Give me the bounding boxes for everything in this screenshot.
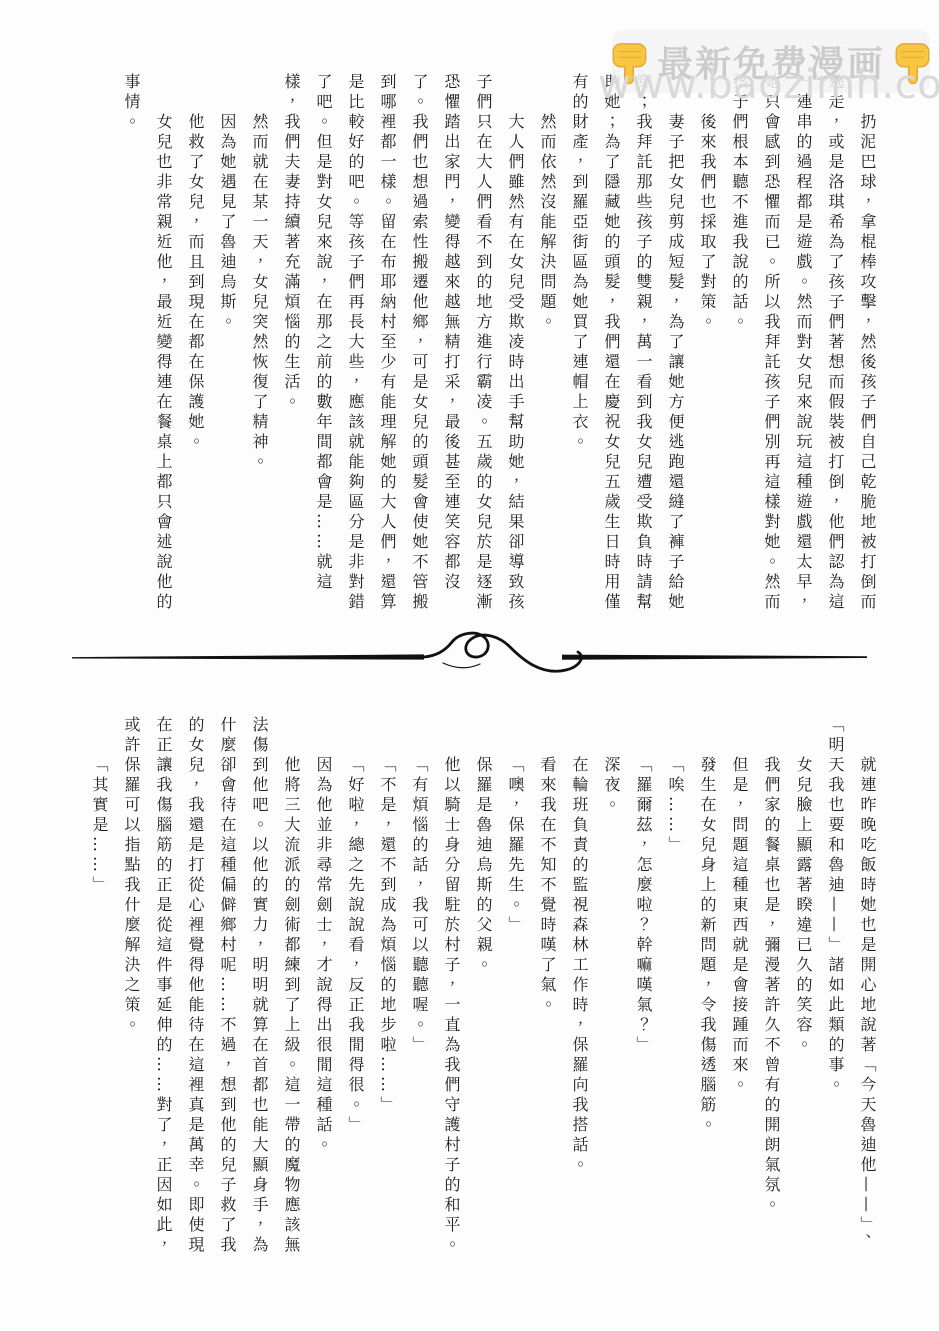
paragraph: 「羅爾茲，怎麼啦？幹嘛嘆氣？」: [627, 716, 659, 1257]
paragraph: 但是，問題這種東西就是會接踵而來。: [723, 716, 755, 1257]
paragraph: 扔泥巴球，拿棍棒攻擊，然後孩子們自己乾脆地被打倒而逃走，或是洛琪希為了孩子們著想…: [723, 73, 883, 614]
paragraph: 大人們雖然有在女兒受欺凌時出手幫助她，結果卻導致孩子們只在大人們看不到的地方進行…: [275, 73, 531, 614]
divider-swirl-icon: [72, 629, 868, 683]
paragraph: 他救了女兒，而且到現在都在保護她。: [179, 73, 211, 614]
paragraph: 然而就在某一天，女兒突然恢復了精神。: [243, 73, 275, 614]
paragraph: 發生在女兒身上的新問題，令我傷透腦筋。: [691, 716, 723, 1257]
watermark-url: www.baozimh.com: [598, 62, 939, 108]
section-divider-ornament: [72, 629, 868, 683]
paragraph: 「不是，還不到成為煩惱的地步啦……」: [371, 716, 403, 1257]
paragraph: 「其實是……」: [83, 716, 115, 1257]
paragraph: 然而依然沒能解決問題。: [531, 73, 563, 614]
paragraph: 女兒臉上顯露著睽違已久的笑容。: [787, 716, 819, 1257]
paragraph: 後來我們也採取了對策。: [691, 73, 723, 614]
paragraph: 因為她遇見了魯迪烏斯。: [211, 73, 243, 614]
novel-reader-page: { "page": { "background_color": "#fdfdfd…: [0, 0, 939, 1331]
paragraph: 女兒也非常親近他，最近變得連在餐桌上都只會述說他的事情。: [115, 73, 179, 614]
paragraph: 因為他並非尋常劍士，才說得出很閒這種話。: [307, 716, 339, 1257]
paragraph: 他將三大流派的劍術都練到了上級。這一帶的魔物應該無法傷到他吧。以他的實力，明明就…: [115, 716, 307, 1257]
novel-text-upper-block: 扔泥巴球，拿棍棒攻擊，然後孩子們自己乾脆地被打倒而逃走，或是洛琪希為了孩子們著想…: [58, 73, 883, 614]
paragraph: 「噢，保羅先生。」: [499, 716, 531, 1257]
paragraph: 「好啦，總之先說說看，反正我閒得很。」: [339, 716, 371, 1257]
paragraph: 深夜。: [595, 716, 627, 1257]
novel-text-lower-block: 就連昨晚吃飯時她也是開心地說著「今天魯迪他——」、「明天我也要和魯迪——」諸如此…: [58, 716, 883, 1257]
paragraph: 就連昨晚吃飯時她也是開心地說著「今天魯迪他——」、「明天我也要和魯迪——」諸如此…: [819, 716, 883, 1257]
paragraph: 看來我在不知不覺時嘆了氣。: [531, 716, 563, 1257]
paragraph: 「有煩惱的話，我可以聽聽喔。」: [403, 716, 435, 1257]
paragraph: 妻子把女兒剪成短髮，為了讓她方便逃跑還縫了褲子給她穿；我拜託那些孩子的雙親，萬一…: [563, 73, 691, 614]
paragraph: 保羅是魯迪烏斯的父親。: [467, 716, 499, 1257]
paragraph: 「唉……」: [659, 716, 691, 1257]
paragraph: 在輪班負責的監視森林工作時，保羅向我搭話。: [563, 716, 595, 1257]
paragraph: 我們家的餐桌也是，彌漫著許久不曾有的開朗氣氛。: [755, 716, 787, 1257]
paragraph: 他以騎士身分留駐於村子，一直為我們守護村子的和平。: [435, 716, 467, 1257]
